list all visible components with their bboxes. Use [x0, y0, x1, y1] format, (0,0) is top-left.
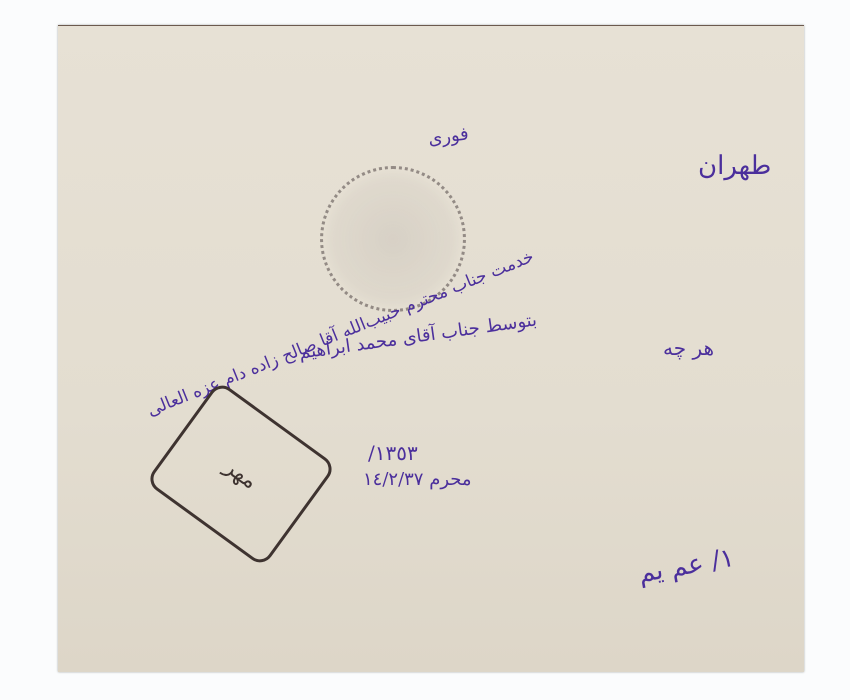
recipient-short: هر چه [663, 336, 714, 360]
top-note: فوری [427, 123, 470, 149]
date-line-2: محرم ١٤/٢/٣٧ [363, 469, 472, 490]
envelope: فوری طهران خدمت جناب محترم حبیب‌الله آقا… [58, 25, 804, 672]
date-line-1: ١٣٥٣/ [368, 441, 418, 465]
bottom-right-note: ١/ عم يم [636, 543, 736, 589]
city-name: طهران [698, 151, 771, 181]
